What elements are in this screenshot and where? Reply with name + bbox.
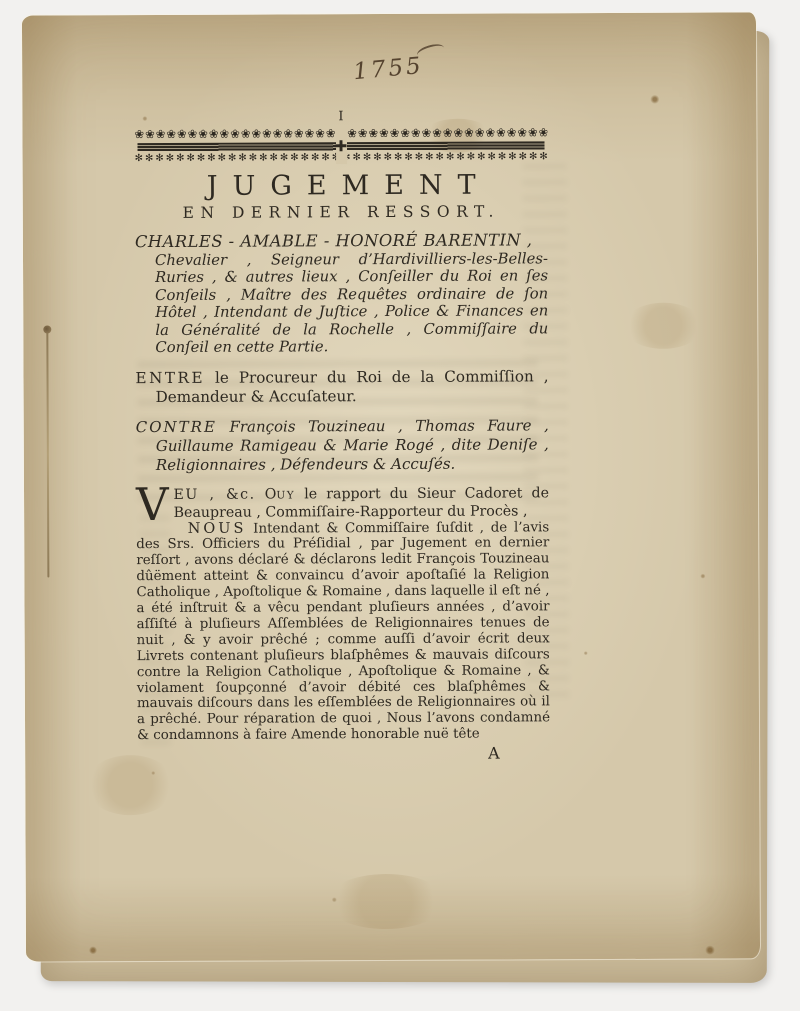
nous-text: Intendant & Commiſſaire ſuſdit , de l’av… <box>136 520 550 744</box>
party-titles: Chevalier , Seigneur d’Hardivilliers-les… <box>155 250 548 356</box>
foxing-spot <box>584 651 588 655</box>
party-heading-paragraph: CHARLES - AMABLE - HONORÉ BARENTIN ,Chev… <box>135 231 549 356</box>
foxing-spot <box>700 574 705 579</box>
ornament-band: ❀❀❀❀❀❀❀❀❀❀❀❀❀❀❀❀❀❀❀❀❀❀❀❀❀❀❀❀❀❀❀❀❀❀❀❀❀❀❀❀… <box>134 126 547 165</box>
signature-mark: A <box>137 743 550 765</box>
handwritten-year: 1755 <box>352 53 425 85</box>
foxing-spot <box>89 946 97 954</box>
document-title: JUGEMENT <box>135 170 563 202</box>
contre-lead: CONTRE <box>136 417 217 435</box>
photographed-document: 1755 I ❀❀❀❀❀❀❀❀❀❀❀❀❀❀❀❀❀❀❀❀❀❀❀❀❀❀❀❀❀❀❀❀❀… <box>0 0 800 1011</box>
nous-lead: NOUS <box>188 520 247 536</box>
drop-cap-initial: V <box>136 486 174 522</box>
printed-text-block: I ❀❀❀❀❀❀❀❀❀❀❀❀❀❀❀❀❀❀❀❀❀❀❀❀❀❀❀❀❀❀❀❀❀❀❀❀❀❀… <box>134 109 550 765</box>
nous-paragraph: NOUS Intendant & Commiſſaire ſuſdit , de… <box>136 520 550 744</box>
party-name: CHARLES - AMABLE - HONORÉ BARENTIN , <box>135 230 533 251</box>
veu-paragraph: VEU , &c. OUY le rapport du Sieur Cadore… <box>136 485 549 522</box>
ouy-smallcaps: UY <box>276 489 295 501</box>
paper-stain <box>623 303 703 349</box>
entre-paragraph: ENTRE le Procureur du Roi de la Commiſſi… <box>135 367 548 407</box>
binding-thread <box>46 331 49 577</box>
document-subtitle: EN DERNIER RESSORT. <box>135 202 548 223</box>
ouy-initial: O <box>265 486 277 502</box>
document-sheet: 1755 I ❀❀❀❀❀❀❀❀❀❀❀❀❀❀❀❀❀❀❀❀❀❀❀❀❀❀❀❀❀❀❀❀❀… <box>22 12 760 961</box>
foxing-spot <box>650 95 659 104</box>
veu-lead: EU , &c. <box>173 486 255 502</box>
foxing-spot <box>705 946 715 955</box>
entre-text: le Procureur du Roi de la Commiſſion , D… <box>156 367 549 406</box>
band-divider-icon: ✚ <box>335 127 346 164</box>
paper-stain <box>326 874 446 930</box>
entre-lead: ENTRE <box>135 368 205 386</box>
contre-paragraph: CONTRE François Touzineau , Thomas Faure… <box>136 416 549 475</box>
page-number: I <box>134 109 547 125</box>
